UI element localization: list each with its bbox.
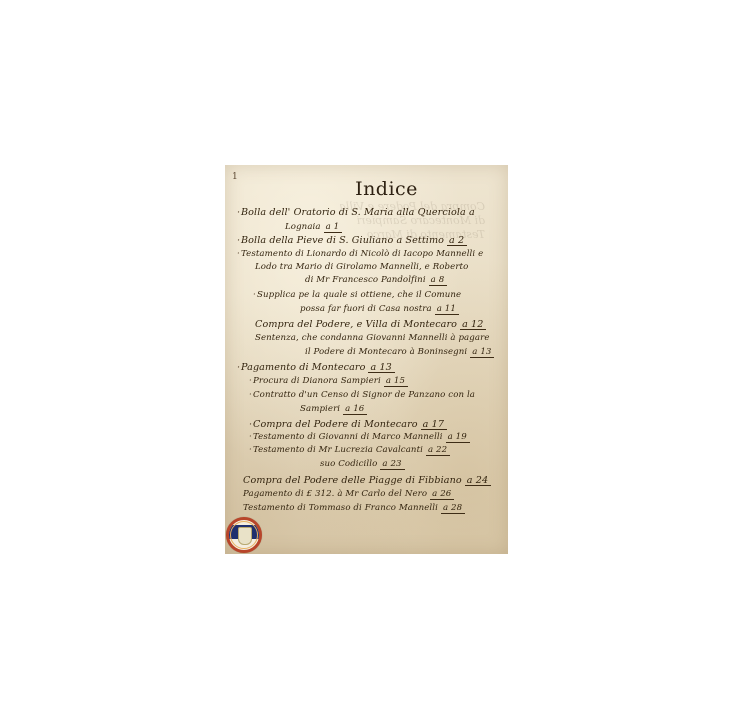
index-entry: Compra del Podere, e Villa di Montecaroa… [255,319,486,330]
index-entry: suo Codicilloa 23 [320,459,405,470]
index-entry: possa far fuori di Casa nostraa 11 [300,304,459,315]
page-title: Indice [225,178,508,200]
index-entry: Sentenza, che condanna Giovanni Mannelli… [255,333,490,343]
index-entry: ·Testamento di Lionardo di Nicolò di Iac… [237,249,483,259]
manuscript-page: Compra del Podere e Villadi Montecaro Sa… [225,165,508,554]
index-entry: di Mr Francesco Pandolfinia 8 [305,275,447,286]
page-ref: a 12 [460,320,486,330]
index-entry: ·Supplica pe la quale si ottiene, che il… [253,290,461,300]
index-entry: Sampieria 16 [300,404,367,415]
index-entry: ·Testamento di Giovanni di Marco Mannell… [249,432,470,443]
index-entry: il Podere di Montecaro à Boninsegnia 13 [305,347,494,358]
index-entry: ·Procura di Dianora Sampieria 15 [249,376,408,387]
index-entry: Pagamento di £ 312. à Mr Carlo del Neroa… [243,489,454,500]
index-entry: ·Bolla dell' Oratorio di S. Maria alla Q… [237,207,475,218]
page-ref: a 13 [470,348,494,358]
page-ref: a 17 [421,420,447,430]
index-entry: Lodo tra Mario di Girolamo Mannelli, e R… [255,262,468,272]
index-entry: Compra del Podere delle Piagge di Fibbia… [243,475,491,486]
page-ref: a 11 [435,305,459,315]
index-entry: ·Contratto d'un Censo di Signor de Panza… [249,390,475,400]
index-entry: Lognaiaa 1 [285,222,342,233]
page-ref: a 26 [430,490,454,500]
page-ref: a 24 [465,476,491,486]
page-ref: a 19 [446,433,470,443]
index-entry: ·Pagamento di Montecaroa 13 [237,362,395,373]
index-entry: ·Bolla della Pieve di S. Giuliano a Sett… [237,235,467,246]
index-entry: ·Testamento di Mr Lucrezia Cavalcantia 2… [249,445,450,456]
index-entry: Testamento di Tommaso di Franco Mannelli… [243,503,465,514]
page-ref: a 1 [324,223,343,233]
page-ref: a 8 [429,276,448,286]
page-ref: a 23 [380,460,404,470]
page-ref: a 2 [447,236,467,246]
page-ref: a 15 [384,377,408,387]
index-entry: ·Compra del Podere di Montecaroa 17 [249,419,447,430]
canvas: Compra del Podere e Villadi Montecaro Sa… [0,0,733,720]
page-ref: a 22 [426,446,450,456]
page-ref: a 28 [441,504,465,514]
page-ref: a 16 [343,405,367,415]
page-ref: a 13 [368,363,394,373]
archive-seal-icon [226,517,262,553]
